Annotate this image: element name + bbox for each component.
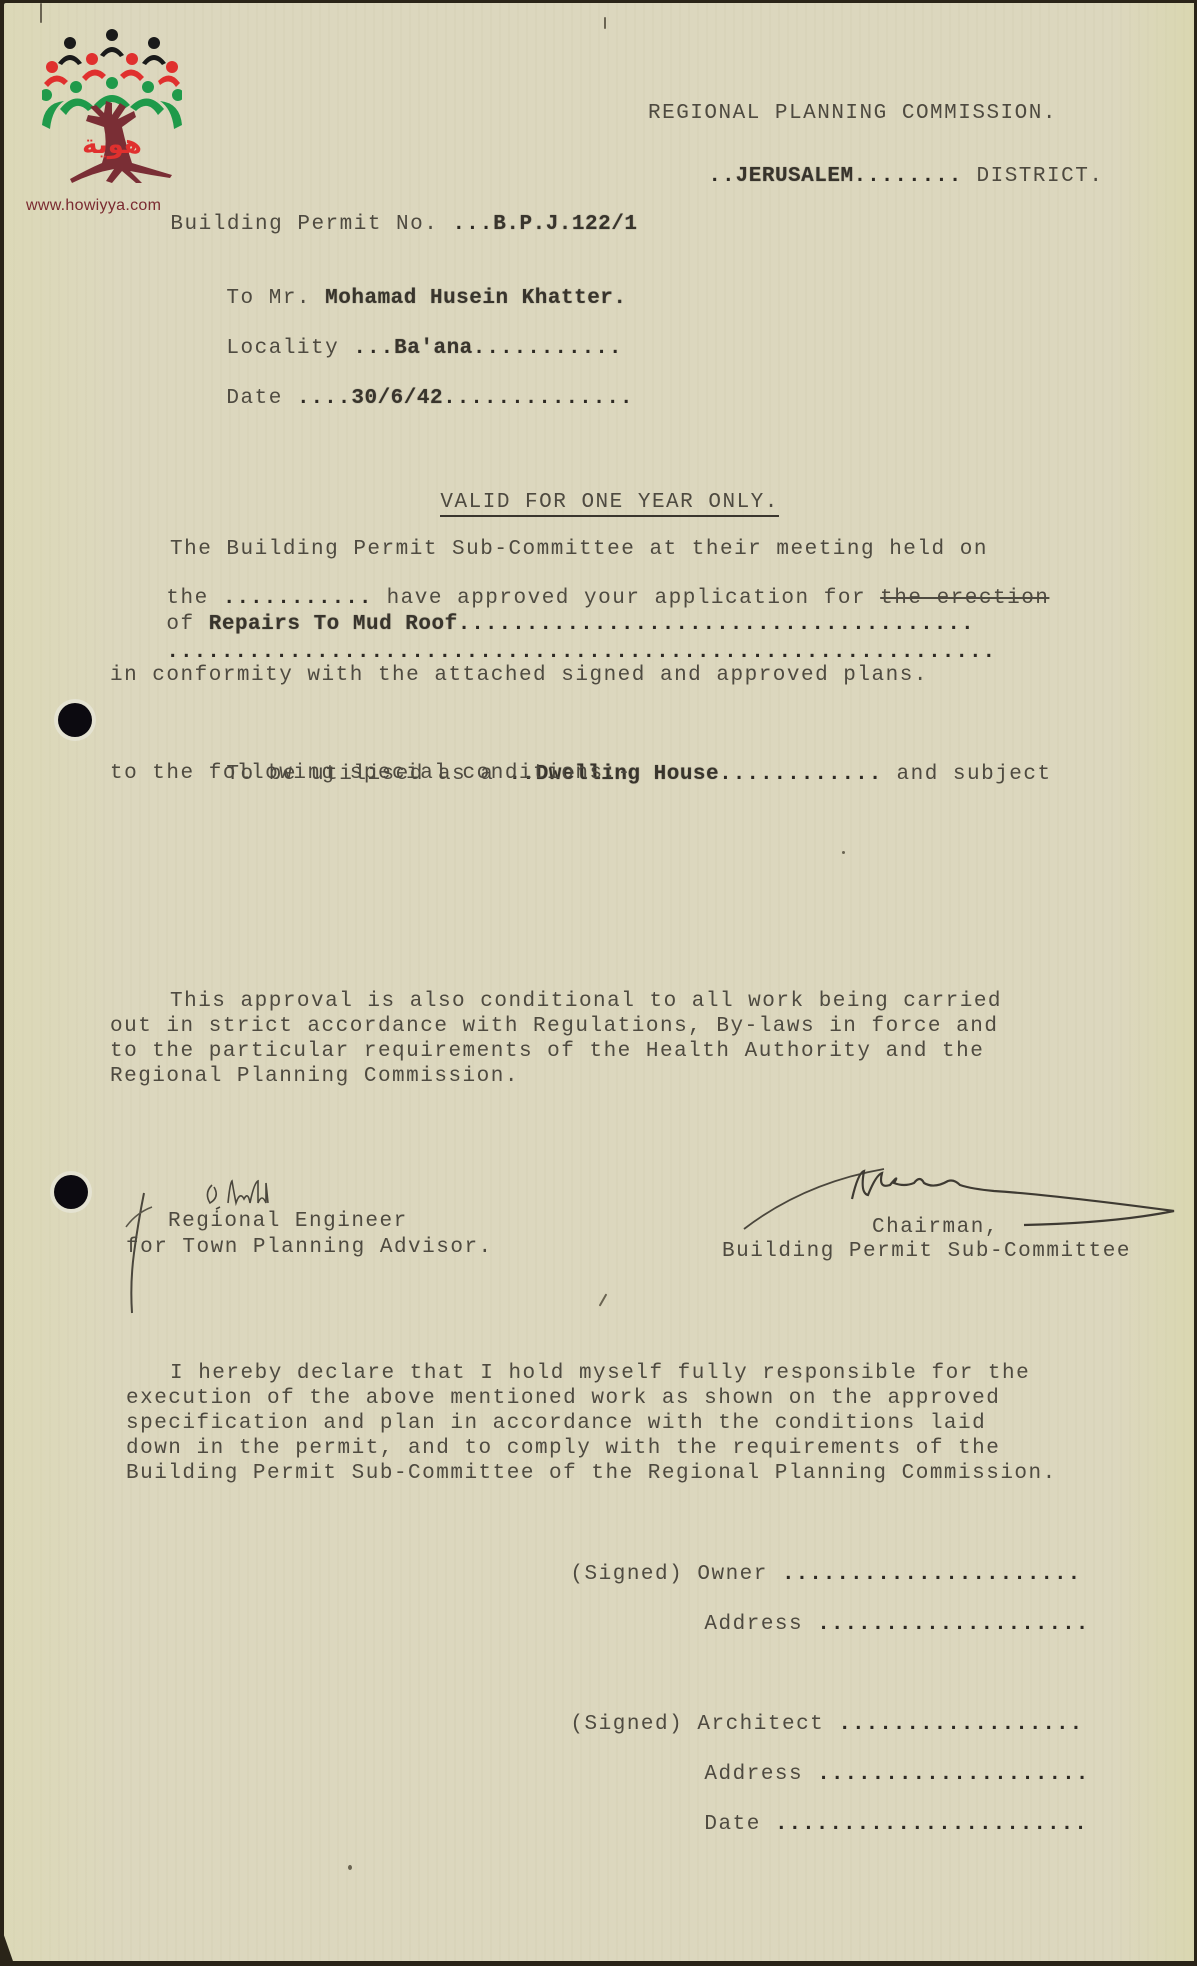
district-suffix: DISTRICT. [977,165,1104,188]
permit-document: هوية www.howiyya.com REGIONAL PLANNING C… [4,3,1194,1961]
punch-hole-bottom [54,1175,88,1209]
conditions-line-4: Regional Planning Commission. [110,1064,519,1089]
architect-date-line: Date ....................... [648,1787,1088,1862]
svg-text:هوية: هوية [82,130,142,160]
engineer-title: Regional Engineer [168,1209,408,1234]
owner-address-field[interactable]: .................... [817,1613,1089,1636]
architect-date-label: Date [704,1813,760,1836]
architect-label: Architect [697,1713,824,1736]
utilisation-end: and subject [896,763,1051,786]
locality-value: Ba'ana [394,337,473,360]
approval-line-5: in conformity with the attached signed a… [110,663,928,688]
owner-address-line: Address .................... [648,1587,1089,1662]
validity-text: VALID FOR ONE YEAR ONLY. [440,491,778,517]
owner-signed-label: (Signed) [570,1563,683,1586]
owner-address-label: Address [704,1613,803,1636]
locality-dots-after: ........... [473,337,623,360]
permit-number-label: Building Permit No. [170,213,438,236]
recipient-name-value: Mohamad Husein Khatter. [325,287,626,310]
date-line: Date ....30/6/42.............. [170,361,634,436]
architect-signature-field[interactable]: .................. [838,1713,1083,1736]
date-dots: .... [297,387,351,410]
conditions-line-2: out in strict accordance with Regulation… [110,1014,998,1039]
district-value: JERUSALEM [736,165,854,188]
punch-hole-top [58,703,92,737]
declaration-line-3: specification and plan in accordance wit… [126,1411,986,1436]
permit-number-value: B.P.J.122/1 [493,213,637,236]
conditions-line-3: to the particular requirements of the He… [110,1039,984,1064]
date-label: Date [226,387,282,410]
declaration-line-1: I hereby declare that I hold myself full… [170,1361,1030,1386]
district-dots: ........ [854,165,963,188]
architect-signed-label: (Signed) [570,1713,683,1736]
permit-number-dots: ... [452,213,493,236]
permit-number-line: Building Permit No. ...B.P.J.122/1 [114,187,637,262]
date-dots-after: .............. [443,387,633,410]
architect-address-label: Address [704,1763,803,1786]
to-label: To Mr. [226,287,311,310]
date-value: 30/6/42 [351,387,443,410]
engineer-subtitle: for Town Planning Advisor. [126,1235,493,1260]
owner-label: Owner [697,1563,768,1586]
locality-dots: ... [353,337,394,360]
declaration-line-4: down in the permit, and to comply with t… [126,1436,1000,1461]
owner-signature-field[interactable]: ...................... [782,1563,1081,1586]
locality-label: Locality [226,337,339,360]
architect-date-field[interactable]: ....................... [775,1813,1088,1836]
commission-heading: REGIONAL PLANNING COMMISSION. [648,101,1057,126]
blank-dots: ........................................… [166,641,996,664]
chairman-subtitle: Building Permit Sub-Committee [722,1239,1131,1264]
use-dots-after: ............ [719,763,882,786]
declaration-line-5: Building Permit Sub-Committee of the Reg… [126,1461,1057,1486]
district-prefix-dots: .. [708,165,735,188]
declaration-line-2: execution of the above mentioned work as… [126,1386,1000,1411]
approval-line-1: The Building Permit Sub-Committee at the… [170,537,988,562]
conditions-line-1: This approval is also conditional to all… [170,989,1002,1014]
validity-notice: VALID FOR ONE YEAR ONLY. [384,465,779,540]
utilisation-line-2: to the following special conditions:- [110,761,632,786]
district-line: ..JERUSALEM........ DISTRICT. [652,139,1103,214]
howiyya-logo-icon: هوية [42,25,182,185]
architect-address-field[interactable]: .................... [817,1763,1089,1786]
chairman-title: Chairman, [872,1215,999,1240]
